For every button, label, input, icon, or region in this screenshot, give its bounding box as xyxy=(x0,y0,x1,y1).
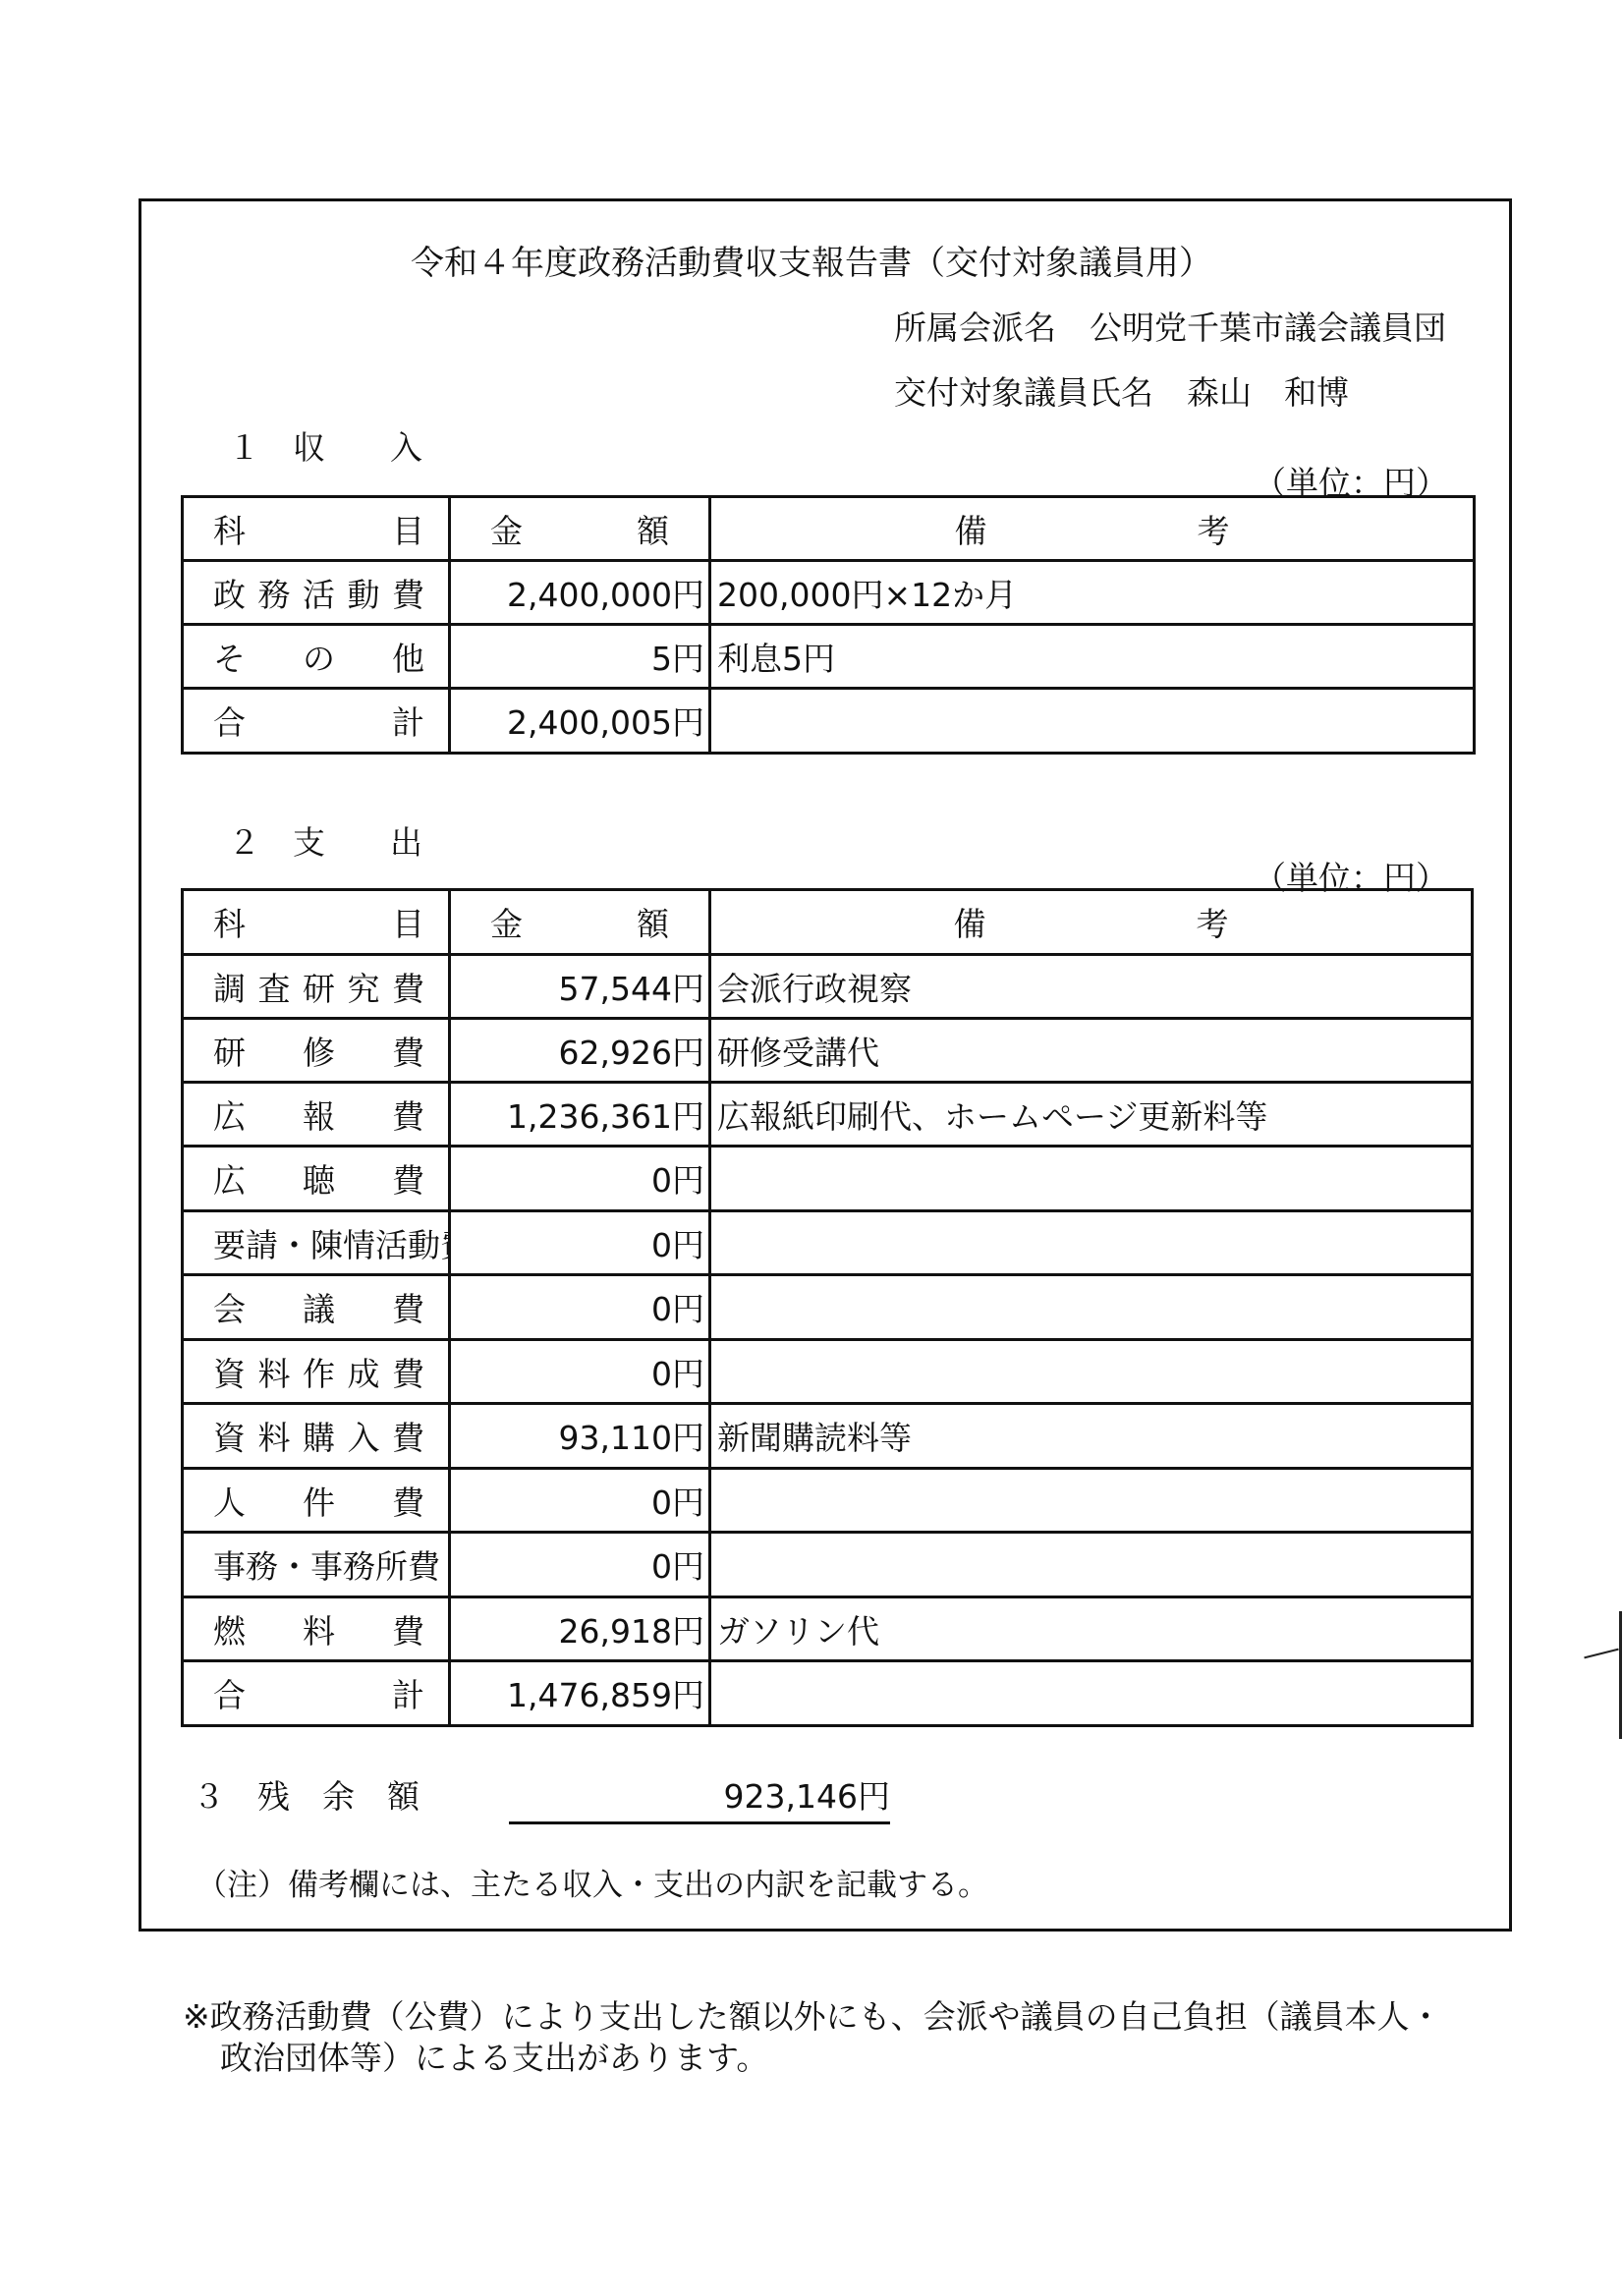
header-notes-label: 備考 xyxy=(955,506,1230,552)
row-amount: 0円 xyxy=(450,1147,710,1211)
table-row: 事務・事務所費 0円 xyxy=(183,1533,1473,1597)
row-subject: 資料作成費 xyxy=(183,1340,450,1404)
row-notes xyxy=(710,1275,1473,1340)
header-subject: 科目 xyxy=(183,890,450,955)
table-row: 調査研究費 57,544円 会派行政視察 xyxy=(183,955,1473,1019)
row-subject: 資料購入費 xyxy=(183,1404,450,1469)
scan-edge-line xyxy=(1619,1611,1622,1739)
table-row: その他 5円 利息5円 xyxy=(183,625,1475,689)
member-line: 交付対象議員氏名森山 和博 xyxy=(894,367,1349,414)
table-row: 会議費 0円 xyxy=(183,1275,1473,1340)
row-subject: 会議費 xyxy=(183,1275,450,1340)
income-table: 科目 金額 備考 政務活動費 2,400,000円 200,000円×12か月 … xyxy=(181,495,1476,755)
header-subject: 科目 xyxy=(183,497,450,561)
row-amount: 62,926円 xyxy=(450,1019,710,1083)
table-row: 広報費 1,236,361円 広報紙印刷代、ホームページ更新料等 xyxy=(183,1083,1473,1147)
row-notes: 利息5円 xyxy=(710,625,1475,689)
row-subject: 合計 xyxy=(183,689,450,754)
document-title: 令和４年度政務活動費収支報告書（交付対象議員用） xyxy=(0,236,1623,284)
balance-label: ３ 残 余 額 xyxy=(193,1771,420,1818)
faction-value: 公明党千葉市議会議員団 xyxy=(1090,303,1446,349)
row-notes xyxy=(710,1211,1473,1275)
row-amount: 26,918円 xyxy=(450,1597,710,1661)
table-row: 人件費 0円 xyxy=(183,1469,1473,1533)
row-amount: 57,544円 xyxy=(450,955,710,1019)
faction-label: 所属会派名 xyxy=(894,303,1056,349)
row-notes xyxy=(710,1533,1473,1597)
row-subject: 事務・事務所費 xyxy=(183,1533,450,1597)
expenditure-header-row: 科目 金額 備考 xyxy=(183,890,1473,955)
row-subject: 要請・陳情活動費 xyxy=(183,1211,450,1275)
row-subject: 研修費 xyxy=(183,1019,450,1083)
member-label: 交付対象議員氏名 xyxy=(894,367,1153,414)
row-notes xyxy=(710,689,1475,754)
table-row-total: 合計 1,476,859円 xyxy=(183,1661,1473,1726)
balance-value: 923,146円 xyxy=(724,1771,890,1818)
row-amount: 2,400,005円 xyxy=(450,689,710,754)
row-amount: 2,400,000円 xyxy=(450,561,710,625)
notes-column-remark: （注）備考欄には、主たる収入・支出の内訳を記載する。 xyxy=(196,1860,988,1904)
row-notes xyxy=(710,1469,1473,1533)
row-notes: 200,000円×12か月 xyxy=(710,561,1475,625)
footnote-line-2: 政治団体等）による支出があります。 xyxy=(183,2038,1519,2079)
row-notes xyxy=(710,1340,1473,1404)
row-amount: 0円 xyxy=(450,1469,710,1533)
row-amount: 5円 xyxy=(450,625,710,689)
balance-underline xyxy=(509,1821,890,1824)
table-row: 要請・陳情活動費 0円 xyxy=(183,1211,1473,1275)
income-heading: １ 収 入 xyxy=(228,422,422,469)
table-row: 政務活動費 2,400,000円 200,000円×12か月 xyxy=(183,561,1475,625)
table-row: 燃料費 26,918円 ガソリン代 xyxy=(183,1597,1473,1661)
row-subject: 調査研究費 xyxy=(183,955,450,1019)
faction-line: 所属会派名公明党千葉市議会議員団 xyxy=(894,303,1446,349)
header-amount: 金額 xyxy=(450,890,710,955)
row-amount: 1,236,361円 xyxy=(450,1083,710,1147)
row-subject: 広聴費 xyxy=(183,1147,450,1211)
row-notes: 広報紙印刷代、ホームページ更新料等 xyxy=(710,1083,1473,1147)
row-notes xyxy=(710,1147,1473,1211)
balance-section: ３ 残 余 額 923,146円 xyxy=(193,1771,900,1830)
row-amount: 0円 xyxy=(450,1211,710,1275)
row-notes xyxy=(710,1661,1473,1726)
row-amount: 0円 xyxy=(450,1533,710,1597)
expenditure-heading: ２ 支 出 xyxy=(228,817,422,864)
row-subject: 燃料費 xyxy=(183,1597,450,1661)
scan-mark xyxy=(1584,1649,1618,1659)
row-notes: 新聞購読料等 xyxy=(710,1404,1473,1469)
table-row: 広聴費 0円 xyxy=(183,1147,1473,1211)
row-subject: 合計 xyxy=(183,1661,450,1726)
income-header-row: 科目 金額 備考 xyxy=(183,497,1475,561)
row-amount: 93,110円 xyxy=(450,1404,710,1469)
row-subject: 政務活動費 xyxy=(183,561,450,625)
table-row: 資料作成費 0円 xyxy=(183,1340,1473,1404)
member-value: 森山 和博 xyxy=(1187,367,1349,414)
footnote: ※政務活動費（公費）により支出した額以外にも、会派や議員の自己負担（議員本人・ … xyxy=(183,1996,1519,2079)
row-amount: 0円 xyxy=(450,1275,710,1340)
expenditure-table: 科目 金額 備考 調査研究費 57,544円 会派行政視察 研修費 62,926… xyxy=(181,888,1474,1727)
header-notes: 備考 xyxy=(710,497,1475,561)
table-row: 研修費 62,926円 研修受講代 xyxy=(183,1019,1473,1083)
row-amount: 1,476,859円 xyxy=(450,1661,710,1726)
header-amount: 金額 xyxy=(450,497,710,561)
row-notes: ガソリン代 xyxy=(710,1597,1473,1661)
header-notes: 備考 xyxy=(710,890,1473,955)
row-subject: 広報費 xyxy=(183,1083,450,1147)
table-row: 資料購入費 93,110円 新聞購読料等 xyxy=(183,1404,1473,1469)
row-notes: 会派行政視察 xyxy=(710,955,1473,1019)
row-amount: 0円 xyxy=(450,1340,710,1404)
row-subject: その他 xyxy=(183,625,450,689)
row-subject: 人件費 xyxy=(183,1469,450,1533)
row-notes: 研修受講代 xyxy=(710,1019,1473,1083)
footnote-line-1: ※政務活動費（公費）により支出した額以外にも、会派や議員の自己負担（議員本人・ xyxy=(183,1997,1442,2036)
table-row-total: 合計 2,400,005円 xyxy=(183,689,1475,754)
header-notes-label: 備考 xyxy=(954,899,1229,945)
